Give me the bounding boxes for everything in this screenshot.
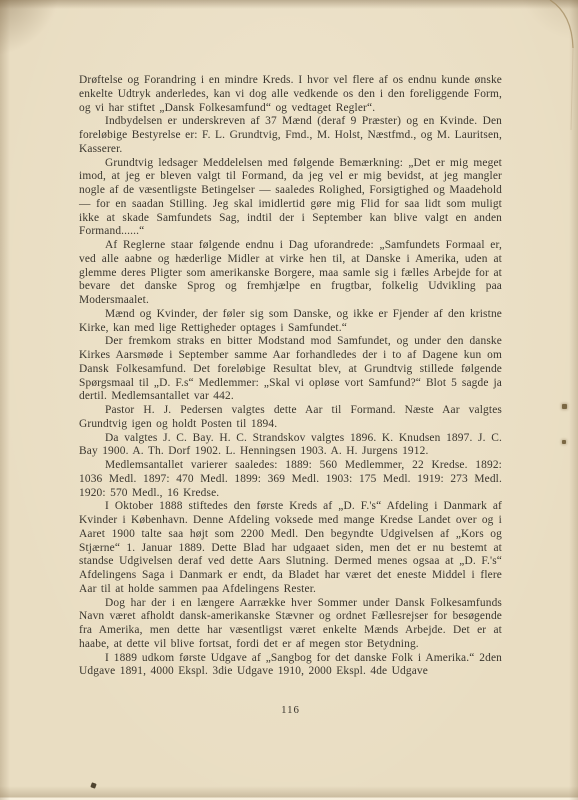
paragraph: Mænd og Kvinder, der føler sig som Dansk… <box>79 308 502 336</box>
paragraph: I Oktober 1888 stiftedes den første Kred… <box>79 500 502 596</box>
paragraph: Grundtvig ledsager Meddelelsen med følge… <box>79 157 502 240</box>
paragraph: Drøftelse og Forandring i en mindre Kred… <box>79 74 502 115</box>
scanned-page: Drøftelse og Forandring i en mindre Kred… <box>0 0 578 800</box>
ink-speck <box>562 404 567 409</box>
paragraph: Medlemsantallet varierer saaledes: 1889:… <box>79 459 502 500</box>
paragraph: I 1889 udkom første Udgave af „Sangbog f… <box>79 652 502 680</box>
paragraph: Af Reglerne staar følgende endnu i Dag u… <box>79 239 502 308</box>
page-crease <box>538 0 578 140</box>
paragraph: Pastor H. J. Pedersen valgtes dette Aar … <box>79 404 502 432</box>
ink-speck <box>562 440 566 444</box>
ink-speck <box>90 782 96 788</box>
page-text: Drøftelse og Forandring i en mindre Kred… <box>79 74 502 679</box>
page-number: 116 <box>79 704 502 716</box>
paragraph: Indbydelsen er underskreven af 37 Mænd (… <box>79 115 502 156</box>
paragraph: Der fremkom straks en bitter Modstand mo… <box>79 335 502 404</box>
paragraph: Dog har der i en længere Aarrække hver S… <box>79 597 502 652</box>
paragraph: Da valgtes J. C. Bay. H. C. Strandskov v… <box>79 432 502 460</box>
